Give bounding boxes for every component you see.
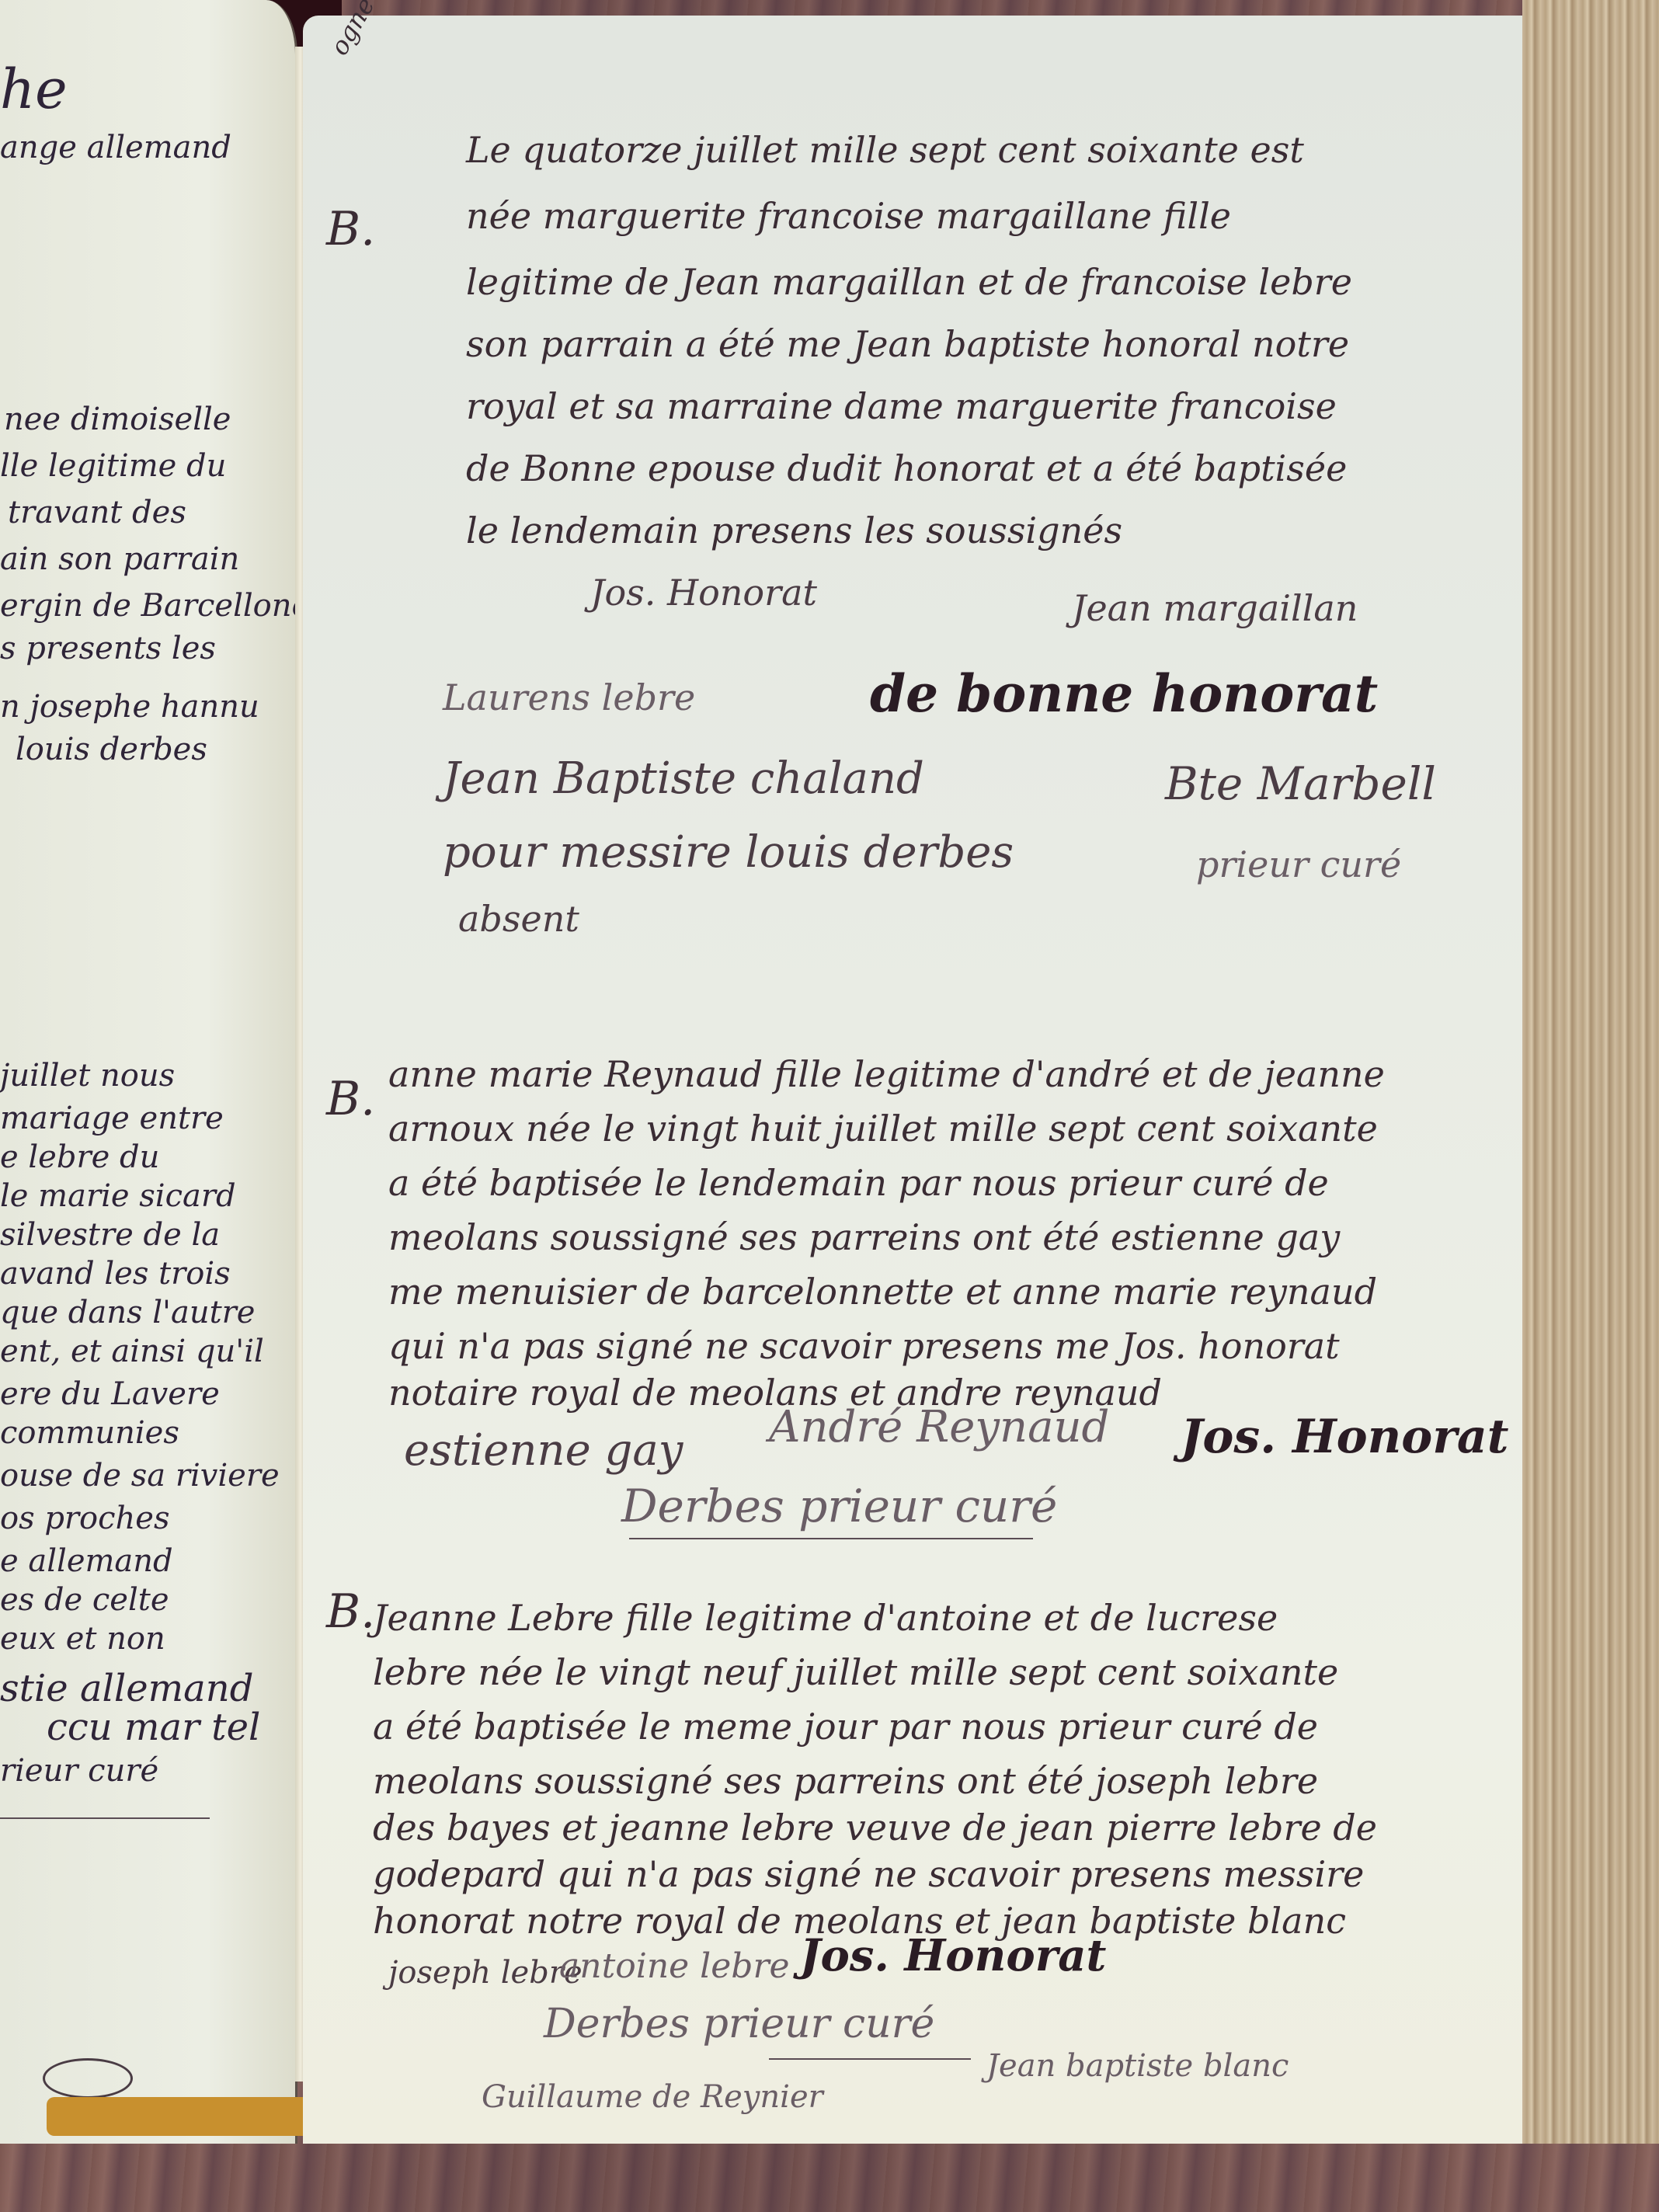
left-line: he xyxy=(0,62,68,117)
entry3-line: lebre née le vingt neuf juillet mille se… xyxy=(373,1654,1338,1690)
left-line: que dans l'autre xyxy=(0,1297,255,1328)
signature: prieur curé xyxy=(1196,847,1401,882)
entry2-line: a été baptisée le lendemain par nous pri… xyxy=(388,1165,1329,1201)
left-line: lle legitime du xyxy=(0,450,226,482)
left-line: travant des xyxy=(8,497,186,528)
entry1-line: Le quatorze juillet mille sept cent soix… xyxy=(466,132,1304,168)
left-line: rieur curé xyxy=(0,1755,158,1786)
signature: Laurens lebre xyxy=(443,680,695,715)
signature: de bonne honorat xyxy=(870,668,1378,719)
left-line: ccu mar tel xyxy=(47,1709,260,1746)
entry3-line: a été baptisée le meme jour par nous pri… xyxy=(373,1709,1318,1744)
left-line: ain son parrain xyxy=(0,544,239,575)
entry2-line: me menuisier de barcelonnette et anne ma… xyxy=(388,1274,1377,1309)
left-line: es de celte xyxy=(0,1584,169,1616)
left-line: os proches xyxy=(0,1503,170,1534)
left-line: s presents les xyxy=(0,633,216,664)
left-line: e lebre du xyxy=(0,1142,159,1173)
signature: Derbes prieur curé xyxy=(544,2004,934,2044)
margin-letter-b: B. xyxy=(326,202,375,256)
entry3-line: meolans soussigné ses parreins ont été j… xyxy=(373,1763,1318,1799)
divider-line xyxy=(0,1817,210,1819)
left-line: nee dimoiselle xyxy=(4,404,231,435)
entry2-line: arnoux née le vingt huit juillet mille s… xyxy=(388,1111,1378,1146)
entry2-line: meolans soussigné ses parreins ont été e… xyxy=(388,1219,1340,1255)
left-page: he ange allemand nee dimoiselle lle legi… xyxy=(0,0,297,2144)
signature: Jos. Honorat xyxy=(1181,1414,1509,1460)
left-line: n josephe hannu xyxy=(0,691,259,722)
left-line: eux et non xyxy=(0,1623,165,1654)
signature: Guillaume de Reynier xyxy=(482,2082,823,2113)
signature: estienne gay xyxy=(404,1429,683,1473)
entry3-line: Jeanne Lebre fille legitime d'antoine et… xyxy=(373,1600,1278,1636)
left-line: ere du Lavere xyxy=(0,1379,220,1410)
entry2-line: anne marie Reynaud fille legitime d'andr… xyxy=(388,1056,1385,1092)
signature: Bte Marbell xyxy=(1165,761,1436,806)
signature: Jean Baptiste chaland xyxy=(443,757,924,801)
entry1-line: son parrain a été me Jean baptiste honor… xyxy=(466,326,1349,362)
book-page-edges xyxy=(1522,0,1659,2144)
signature: pour messire louis derbes xyxy=(443,831,1014,875)
left-line: ouse de sa riviere xyxy=(0,1460,280,1491)
signature: Jean baptiste blanc xyxy=(986,2050,1289,2082)
signature-flourish xyxy=(769,2058,971,2060)
signature: Jean margaillan xyxy=(1072,590,1358,626)
left-line: stie allemand xyxy=(0,1670,253,1707)
signature: Derbes prieur curé xyxy=(621,1483,1057,1529)
signature: André Reynaud xyxy=(769,1406,1109,1449)
signature: joseph lebre xyxy=(388,1957,583,1988)
left-line: le marie sicard xyxy=(0,1181,236,1212)
entry2-line: qui n'a pas signé ne scavoir presens me … xyxy=(388,1328,1340,1364)
right-page: ogne B. Le quatorze juillet mille sept c… xyxy=(303,16,1538,2144)
entry1-line: le lendemain presens les soussignés xyxy=(466,513,1122,548)
signature: absent xyxy=(458,901,579,937)
margin-letter-b: B. xyxy=(326,1584,375,1639)
left-line: ange allemand xyxy=(0,132,231,163)
entry1-line: de Bonne epouse dudit honorat et a été b… xyxy=(466,450,1347,486)
margin-letter-b: B. xyxy=(326,1072,375,1126)
left-line: mariage entre xyxy=(0,1103,224,1134)
entry1-line: née marguerite francoise margaillane fil… xyxy=(466,198,1231,234)
left-line: ergin de Barcellone xyxy=(0,590,310,621)
signature: antoine lebre xyxy=(559,1949,790,1984)
entry1-line: legitime de Jean margaillan et de franco… xyxy=(466,264,1352,300)
left-line: e allemand xyxy=(0,1546,173,1577)
paraph-mark xyxy=(43,2058,133,2099)
entry3-line: des bayes et jeanne lebre veuve de jean … xyxy=(373,1810,1377,1845)
signature: Jos. Honorat xyxy=(590,575,817,610)
entry1-line: royal et sa marraine dame marguerite fra… xyxy=(466,388,1337,424)
left-line: silvestre de la xyxy=(0,1219,220,1250)
left-line: avand les trois xyxy=(0,1258,231,1289)
left-line: juillet nous xyxy=(0,1060,175,1091)
left-line: louis derbes xyxy=(16,734,207,765)
left-line: communies xyxy=(0,1417,179,1449)
entry3-line: godepard qui n'a pas signé ne scavoir pr… xyxy=(373,1856,1364,1892)
left-line: ent, et ainsi qu'il xyxy=(0,1336,264,1367)
signature: Jos. Honorat xyxy=(800,1934,1106,1977)
signature-flourish xyxy=(629,1538,1033,1539)
